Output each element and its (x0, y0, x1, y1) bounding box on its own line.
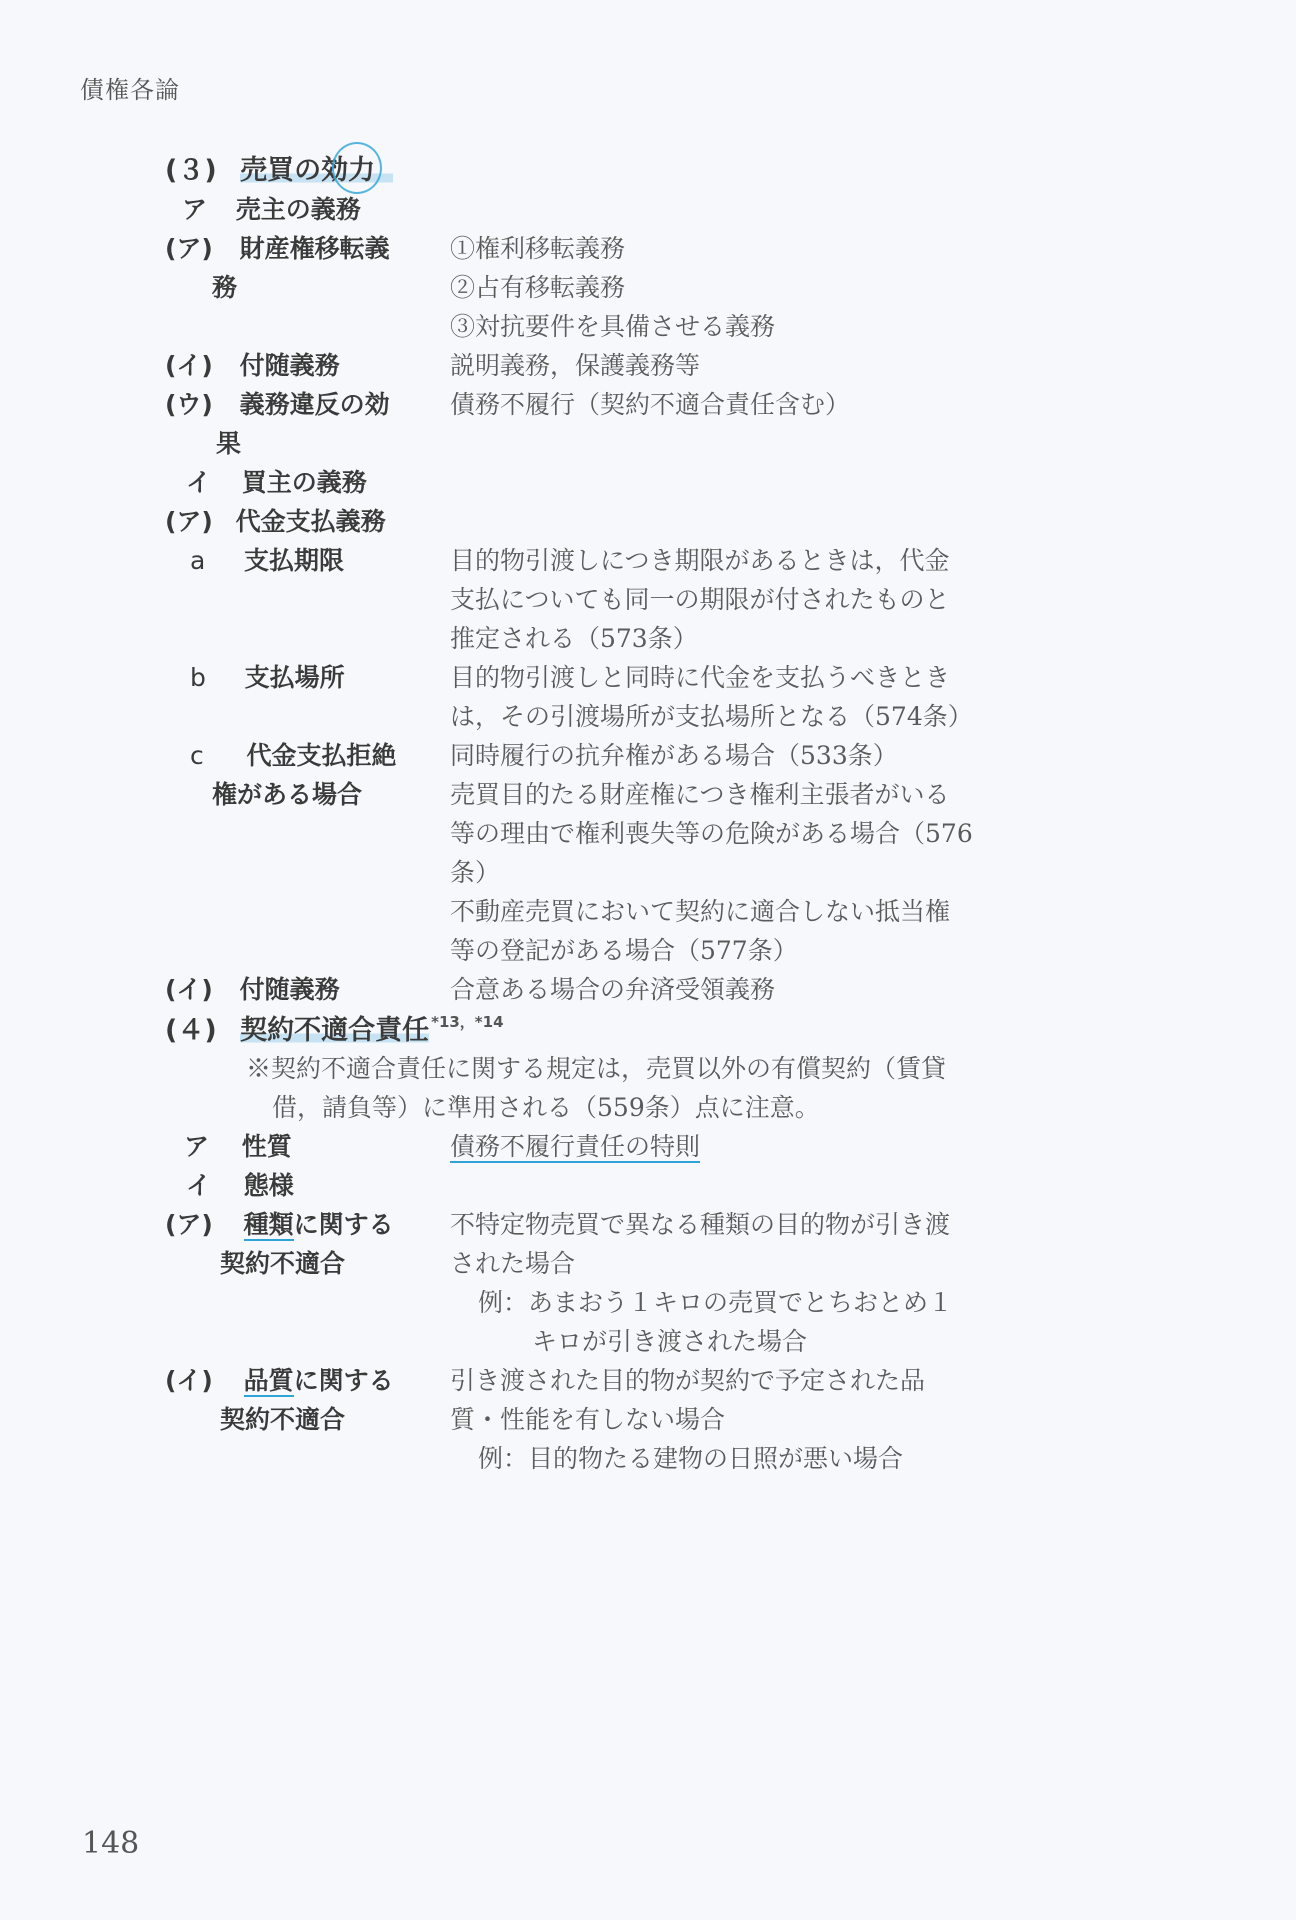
subsection-mark: イ (186, 468, 211, 497)
item-text: 条） (450, 853, 500, 889)
item-mark: (ア) (165, 234, 213, 263)
subsection-mark: ア (182, 195, 207, 224)
item-text: ①権利移転義務 (450, 229, 625, 265)
item-label: (ア) 代金支払義務 (165, 502, 386, 538)
item-label-cont: 契約不適合 (220, 1400, 345, 1436)
section-title: 契約不適合責任 (240, 1015, 429, 1046)
item-mark: a (190, 546, 205, 575)
item-label-text: 代金支払拒絶 (246, 741, 396, 770)
item-text: 不特定物売買で異なる種類の目的物が引き渡 (450, 1205, 950, 1241)
item-label-text: に関する (294, 1210, 394, 1239)
item-text: 目的物引渡しにつき期限があるときは，代金 (450, 541, 950, 577)
note-text: 借，請負等）に準用される（559条）点に注意。 (272, 1088, 820, 1124)
item-label: (ウ) 義務違反の効 (165, 385, 390, 421)
item-label: イ 態様 (186, 1166, 294, 1202)
item-text: 同時履行の抗弁権がある場合（533条） (450, 736, 898, 772)
section-number: (３) (165, 155, 217, 186)
footnote-refs: *13，*14 (431, 1013, 503, 1031)
item-mark: (ア) (165, 1210, 213, 1239)
section-number: (４) (165, 1015, 217, 1046)
item-text: ②占有移転義務 (450, 268, 625, 304)
page-number: 148 (82, 1826, 139, 1861)
item-text: 合意ある場合の弁済受領義務 (450, 970, 775, 1006)
item-label: (イ) 品質に関する (165, 1361, 394, 1397)
item-label-text: 付随義務 (240, 351, 340, 380)
item-label: (イ) 付随義務 (165, 346, 340, 382)
item-label-cont: 務 (212, 268, 237, 304)
item-mark: (イ) (165, 351, 213, 380)
item-text: 不動産売買において契約に適合しない抵当権 (450, 892, 950, 928)
item-mark: ア (184, 1132, 209, 1161)
item-label-text: 性質 (242, 1132, 292, 1161)
item-mark: (ウ) (165, 390, 213, 419)
underlined-label: 品質 (244, 1366, 294, 1397)
example-text: キロが引き渡された場合 (532, 1322, 807, 1358)
item-mark: イ (186, 1171, 211, 1200)
section-4-heading: (４) 契約不適合責任*13，*14 (165, 1008, 504, 1047)
item-text: 等の登記がある場合（577条） (450, 931, 798, 967)
note-text: ※契約不適合責任に関する規定は，売買以外の有償契約（賃貸 (246, 1049, 946, 1085)
item-label-text: 態様 (244, 1171, 294, 1200)
item-label: (ア) 種類に関する (165, 1205, 394, 1241)
item-mark: (イ) (165, 975, 213, 1004)
underlined-text: 債務不履行責任の特則 (450, 1132, 700, 1163)
item-label-text: 支払場所 (245, 663, 345, 692)
item-label: b 支払場所 (190, 658, 345, 694)
item-label: (ア) 財産権移転義 (165, 229, 390, 265)
pen-circle-annotation (332, 142, 382, 194)
item-text: された場合 (450, 1244, 575, 1280)
item-text: 売買目的たる財産権につき権利主張者がいる (450, 775, 950, 811)
item-text: 推定される（573条） (450, 619, 698, 655)
item-text: 債務不履行（契約不適合責任含む） (450, 385, 850, 421)
item-text: 債務不履行責任の特則 (450, 1127, 700, 1163)
item-label: (イ) 付随義務 (165, 970, 340, 1006)
item-label-cont: 権がある場合 (212, 775, 362, 811)
item-mark: (ア) (165, 507, 213, 536)
item-label: a 支払期限 (190, 541, 344, 577)
item-label-text: 付随義務 (240, 975, 340, 1004)
item-text: は，その引渡場所が支払場所となる（574条） (450, 697, 973, 733)
item-mark: c (190, 741, 204, 770)
example-text: 例：あまおう１キロの売買でとちおとめ１ (478, 1283, 953, 1319)
underlined-label: 種類 (244, 1210, 294, 1241)
example-text: 例：目的物たる建物の日照が悪い場合 (478, 1439, 903, 1475)
item-mark: (イ) (165, 1366, 213, 1395)
item-text: ③対抗要件を具備させる義務 (450, 307, 775, 343)
running-head: 債権各論 (80, 70, 180, 105)
item-text: 支払についても同一の期限が付されたものと (450, 580, 950, 616)
item-text: 等の理由で権利喪失等の危険がある場合（576 (450, 814, 973, 850)
item-label-text: 代金支払義務 (236, 507, 386, 536)
item-mark: b (190, 663, 206, 692)
subsection-title: 売主の義務 (236, 195, 361, 224)
item-label-cont: 契約不適合 (220, 1244, 345, 1280)
item-label-text: 義務違反の効 (240, 390, 390, 419)
item-text: 質・性能を有しない場合 (450, 1400, 725, 1436)
subsection-heading: イ 買主の義務 (186, 463, 367, 499)
item-label-cont: 果 (216, 424, 241, 460)
item-label-text: に関する (294, 1366, 394, 1395)
item-label: ア 性質 (184, 1127, 292, 1163)
subsection-heading: ア 売主の義務 (182, 190, 361, 226)
subsection-title: 買主の義務 (242, 468, 367, 497)
item-text: 目的物引渡しと同時に代金を支払うべきとき (450, 658, 950, 694)
item-label-text: 支払期限 (244, 546, 344, 575)
item-text: 引き渡された目的物が契約で予定された品 (450, 1361, 925, 1397)
item-label: c 代金支払拒絶 (190, 736, 396, 772)
item-text: 説明義務，保護義務等 (450, 346, 700, 382)
item-label-text: 財産権移転義 (240, 234, 390, 263)
